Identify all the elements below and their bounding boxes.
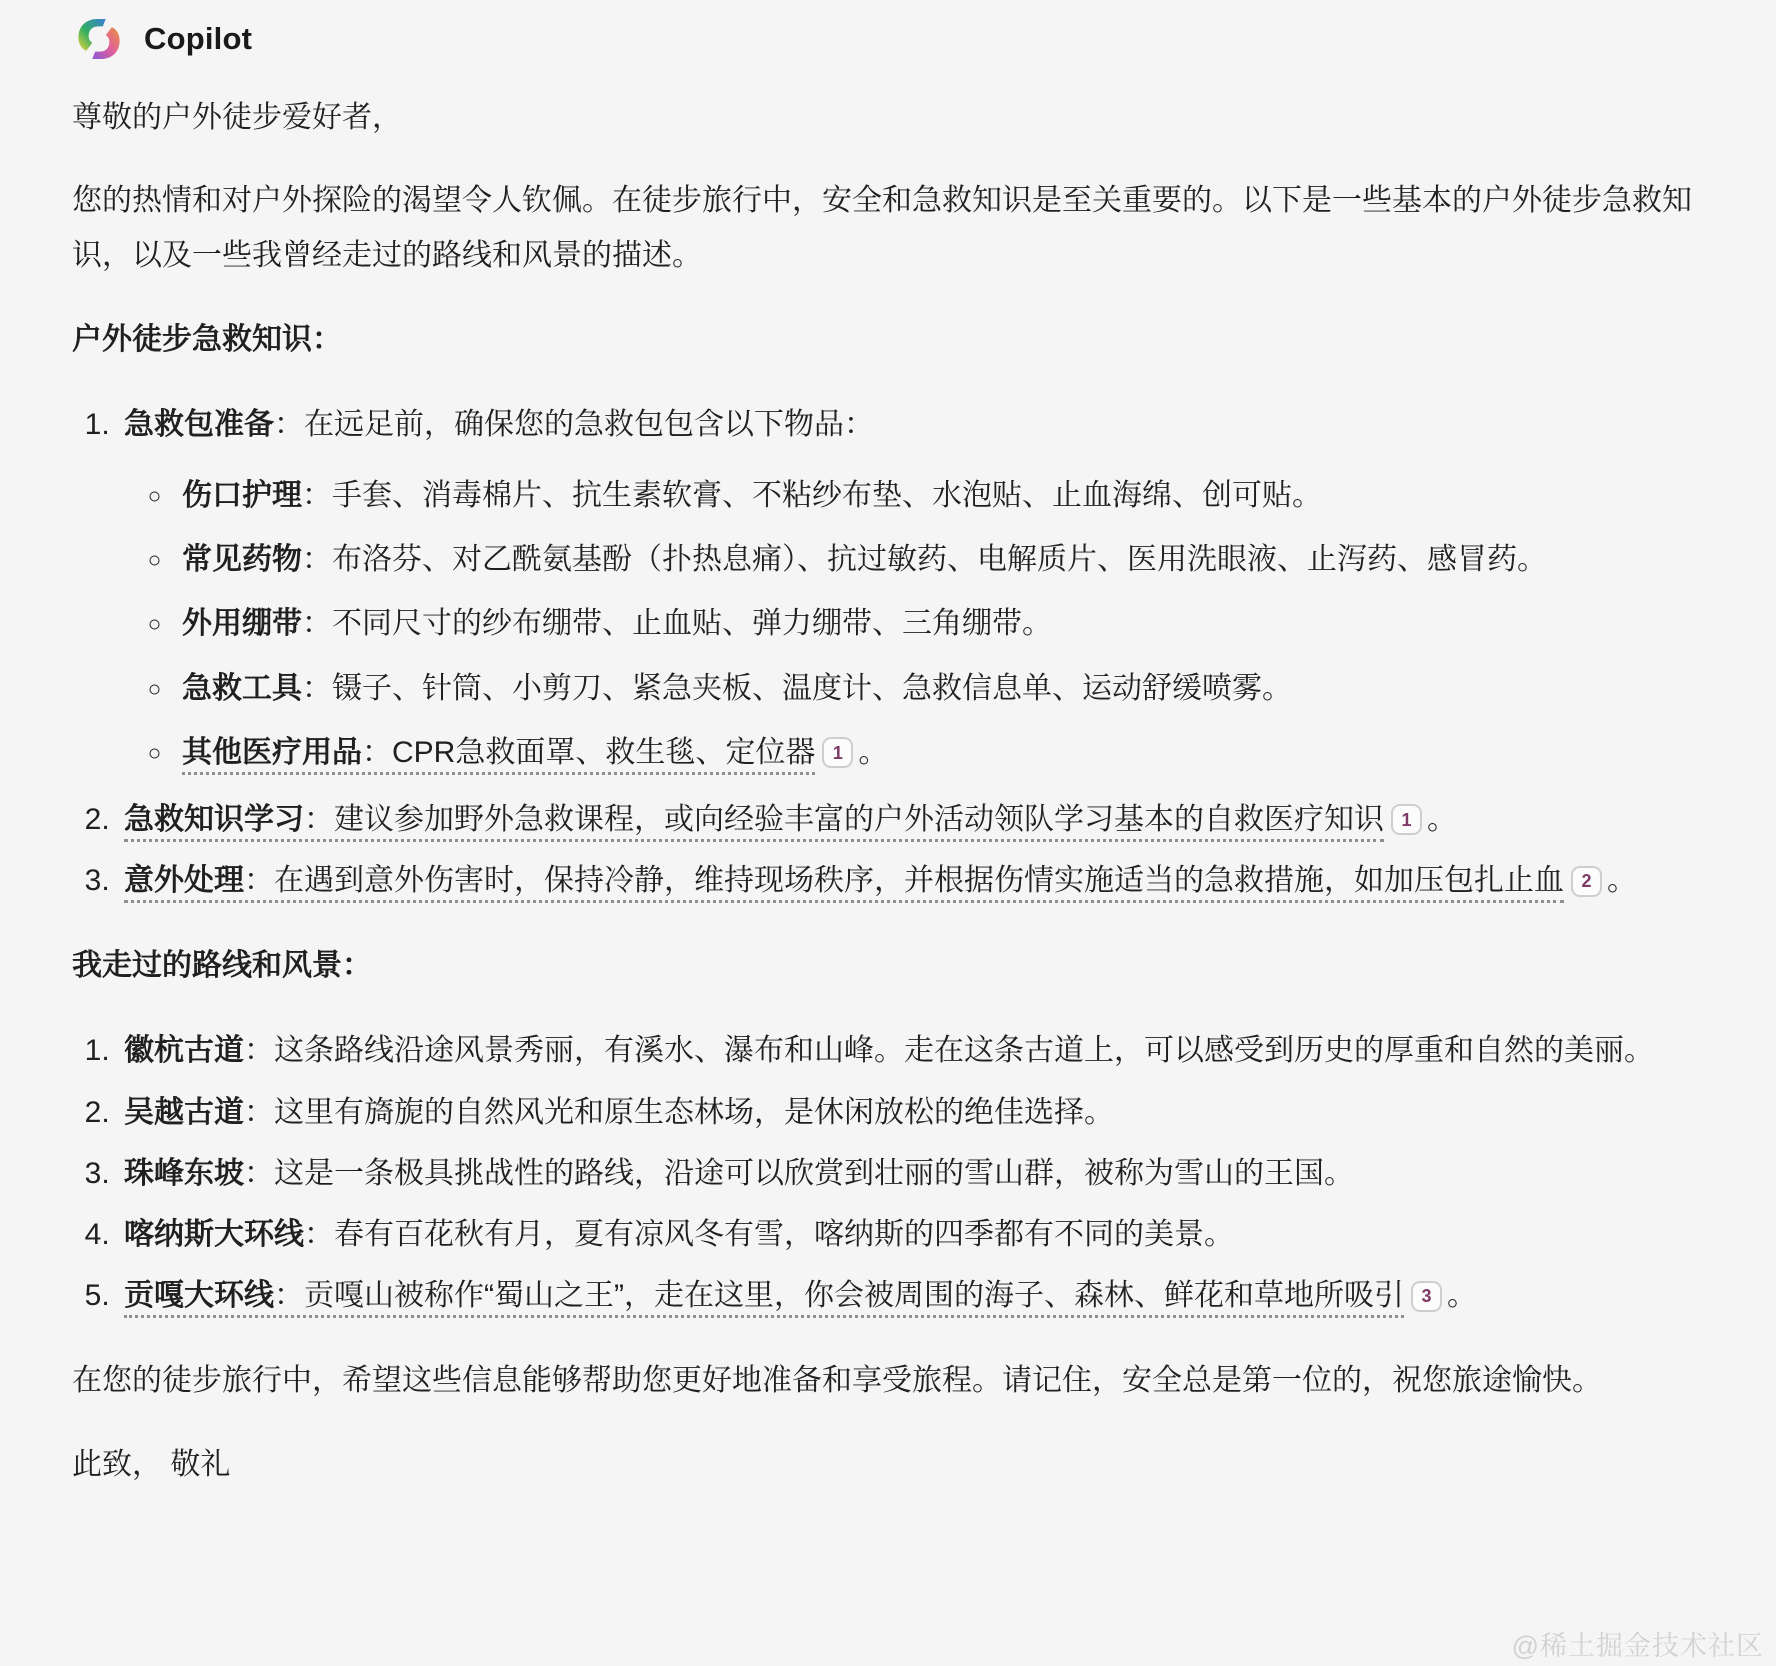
item-label: 喀纳斯大环线	[124, 1218, 304, 1251]
item-label: 急救知识学习	[124, 803, 304, 836]
item-text: ：春有百花秋有月，夏有凉风冬有雪，喀纳斯的四季都有不同的美景。	[304, 1218, 1234, 1251]
list-item-wuyue: 吴越古道：这里有旖旎的自然风光和原生态林场，是休闲放松的绝佳选择。	[118, 1085, 1706, 1140]
list-item-tools: 急救工具：镊子、针筒、小剪刀、紧急夹板、温度计、急救信息单、运动舒缓喷雾。	[174, 661, 1706, 716]
item-label: 珠峰东坡	[124, 1157, 244, 1190]
copilot-response: Copilot 尊敬的户外徒步爱好者， 您的热情和对户外探险的渴望令人钦佩。在徒…	[0, 0, 1776, 1492]
item-text: ：镊子、针筒、小剪刀、紧急夹板、温度计、急救信息单、运动舒缓喷雾。	[302, 672, 1292, 705]
item-text: ：布洛芬、对乙酰氨基酚（扑热息痛）、抗过敏药、电解质片、医用洗眼液、止泻药、感冒…	[302, 543, 1547, 576]
app-title: Copilot	[144, 20, 252, 57]
list-item-handling: 意外处理：在遇到意外伤害时，保持冷静，维持现场秩序，并根据伤情实施适当的急救措施…	[118, 853, 1706, 908]
item-text: ：建议参加野外急救课程，或向经验丰富的户外活动领队学习基本的自救医疗知识	[304, 803, 1384, 836]
item-suffix: 。	[1607, 864, 1637, 897]
list-item-medicines: 常见药物：布洛芬、对乙酰氨基酚（扑热息痛）、抗过敏药、电解质片、医用洗眼液、止泻…	[174, 532, 1706, 587]
item-label: 贡嘎大环线	[124, 1279, 274, 1312]
citation-source-text[interactable]: 意外处理：在遇到意外伤害时，保持冷静，维持现场秩序，并根据伤情实施适当的急救措施…	[124, 864, 1564, 903]
routes-heading: 我走过的路线和风景：	[72, 938, 1706, 993]
item-label: 常见药物	[182, 543, 302, 576]
citation-source-text[interactable]: 急救知识学习：建议参加野外急救课程，或向经验丰富的户外活动领队学习基本的自救医疗…	[124, 803, 1384, 842]
list-item-kit: 急救包准备：在远足前，确保您的急救包包含以下物品： 伤口护理：手套、消毒棉片、抗…	[118, 397, 1706, 780]
item-label: 急救工具	[182, 672, 302, 705]
item-text: ：这是一条极具挑战性的路线，沿途可以欣赏到壮丽的雪山群，被称为雪山的王国。	[244, 1157, 1354, 1190]
response-header: Copilot	[72, 10, 1706, 62]
item-text: ：在远足前，确保您的急救包包含以下物品：	[274, 408, 874, 441]
item-text: ：不同尺寸的纱布绷带、止血贴、弹力绷带、三角绷带。	[302, 607, 1052, 640]
list-item-everest-east: 珠峰东坡：这是一条极具挑战性的路线，沿途可以欣赏到壮丽的雪山群，被称为雪山的王国…	[118, 1146, 1706, 1201]
item-label: 其他医疗用品	[182, 736, 362, 769]
kit-sublist: 伤口护理：手套、消毒棉片、抗生素软膏、不粘纱布垫、水泡贴、止血海绵、创可贴。 常…	[124, 468, 1706, 780]
item-text: ：在遇到意外伤害时，保持冷静，维持现场秩序，并根据伤情实施适当的急救措施，如加压…	[244, 864, 1564, 897]
list-item-learning: 急救知识学习：建议参加野外急救课程，或向经验丰富的户外活动领队学习基本的自救医疗…	[118, 792, 1706, 847]
item-text: ：贡嘎山被称作“蜀山之王”，走在这里，你会被周围的海子、森林、鲜花和草地所吸引	[274, 1279, 1404, 1312]
list-item-other-supplies: 其他医疗用品：CPR急救面罩、救生毯、定位器1。	[174, 725, 1706, 780]
first-aid-heading: 户外徒步急救知识：	[72, 312, 1706, 367]
item-text: ：这条路线沿途风景秀丽，有溪水、瀑布和山峰。走在这条古道上，可以感受到历史的厚重…	[244, 1034, 1654, 1067]
list-item-huihang: 徽杭古道：这条路线沿途风景秀丽，有溪水、瀑布和山峰。走在这条古道上，可以感受到历…	[118, 1023, 1706, 1078]
copilot-chat-screenshot: { "header": { "app_name": "Copilot" }, "…	[0, 0, 1776, 1666]
item-label: 吴越古道	[124, 1096, 244, 1129]
watermark: @稀土掘金技术社区	[1512, 1630, 1764, 1662]
item-suffix: 。	[1427, 803, 1457, 836]
item-label: 徽杭古道	[124, 1034, 244, 1067]
salutation: 尊敬的户外徒步爱好者，	[72, 90, 1706, 145]
citation-badge[interactable]: 1	[1391, 804, 1422, 835]
citation-badge[interactable]: 2	[1571, 866, 1602, 897]
citation-source-text[interactable]: 其他医疗用品：CPR急救面罩、救生毯、定位器	[182, 736, 815, 775]
item-label: 伤口护理	[182, 479, 302, 512]
citation-badge[interactable]: 3	[1411, 1281, 1442, 1312]
item-label: 外用绷带	[182, 607, 302, 640]
closing-paragraph: 在您的徒步旅行中，希望这些信息能够帮助您更好地准备和享受旅程。请记住，安全总是第…	[72, 1353, 1706, 1408]
signoff: 此致， 敬礼	[72, 1437, 1706, 1492]
intro-paragraph: 您的热情和对户外探险的渴望令人钦佩。在徒步旅行中，安全和急救知识是至关重要的。以…	[72, 173, 1706, 283]
item-label: 意外处理	[124, 864, 244, 897]
citation-source-text[interactable]: 贡嘎大环线：贡嘎山被称作“蜀山之王”，走在这里，你会被周围的海子、森林、鲜花和草…	[124, 1279, 1404, 1318]
first-aid-list: 急救包准备：在远足前，确保您的急救包包含以下物品： 伤口护理：手套、消毒棉片、抗…	[72, 397, 1706, 909]
list-item-gongga: 贡嘎大环线：贡嘎山被称作“蜀山之王”，走在这里，你会被周围的海子、森林、鲜花和草…	[118, 1268, 1706, 1323]
item-text: ：这里有旖旎的自然风光和原生态林场，是休闲放松的绝佳选择。	[244, 1096, 1114, 1129]
item-text: ：手套、消毒棉片、抗生素软膏、不粘纱布垫、水泡贴、止血海绵、创可贴。	[302, 479, 1322, 512]
list-item-wound-care: 伤口护理：手套、消毒棉片、抗生素软膏、不粘纱布垫、水泡贴、止血海绵、创可贴。	[174, 468, 1706, 523]
item-text: ：CPR急救面罩、救生毯、定位器	[362, 736, 815, 769]
copilot-logo-icon	[76, 18, 122, 60]
list-item-kanas: 喀纳斯大环线：春有百花秋有月，夏有凉风冬有雪，喀纳斯的四季都有不同的美景。	[118, 1207, 1706, 1262]
item-label: 急救包准备	[124, 408, 274, 441]
item-suffix: 。	[1447, 1279, 1477, 1312]
item-suffix: 。	[858, 736, 888, 769]
citation-badge[interactable]: 1	[822, 737, 853, 768]
list-item-bandages: 外用绷带：不同尺寸的纱布绷带、止血贴、弹力绷带、三角绷带。	[174, 596, 1706, 651]
routes-list: 徽杭古道：这条路线沿途风景秀丽，有溪水、瀑布和山峰。走在这条古道上，可以感受到历…	[72, 1023, 1706, 1323]
